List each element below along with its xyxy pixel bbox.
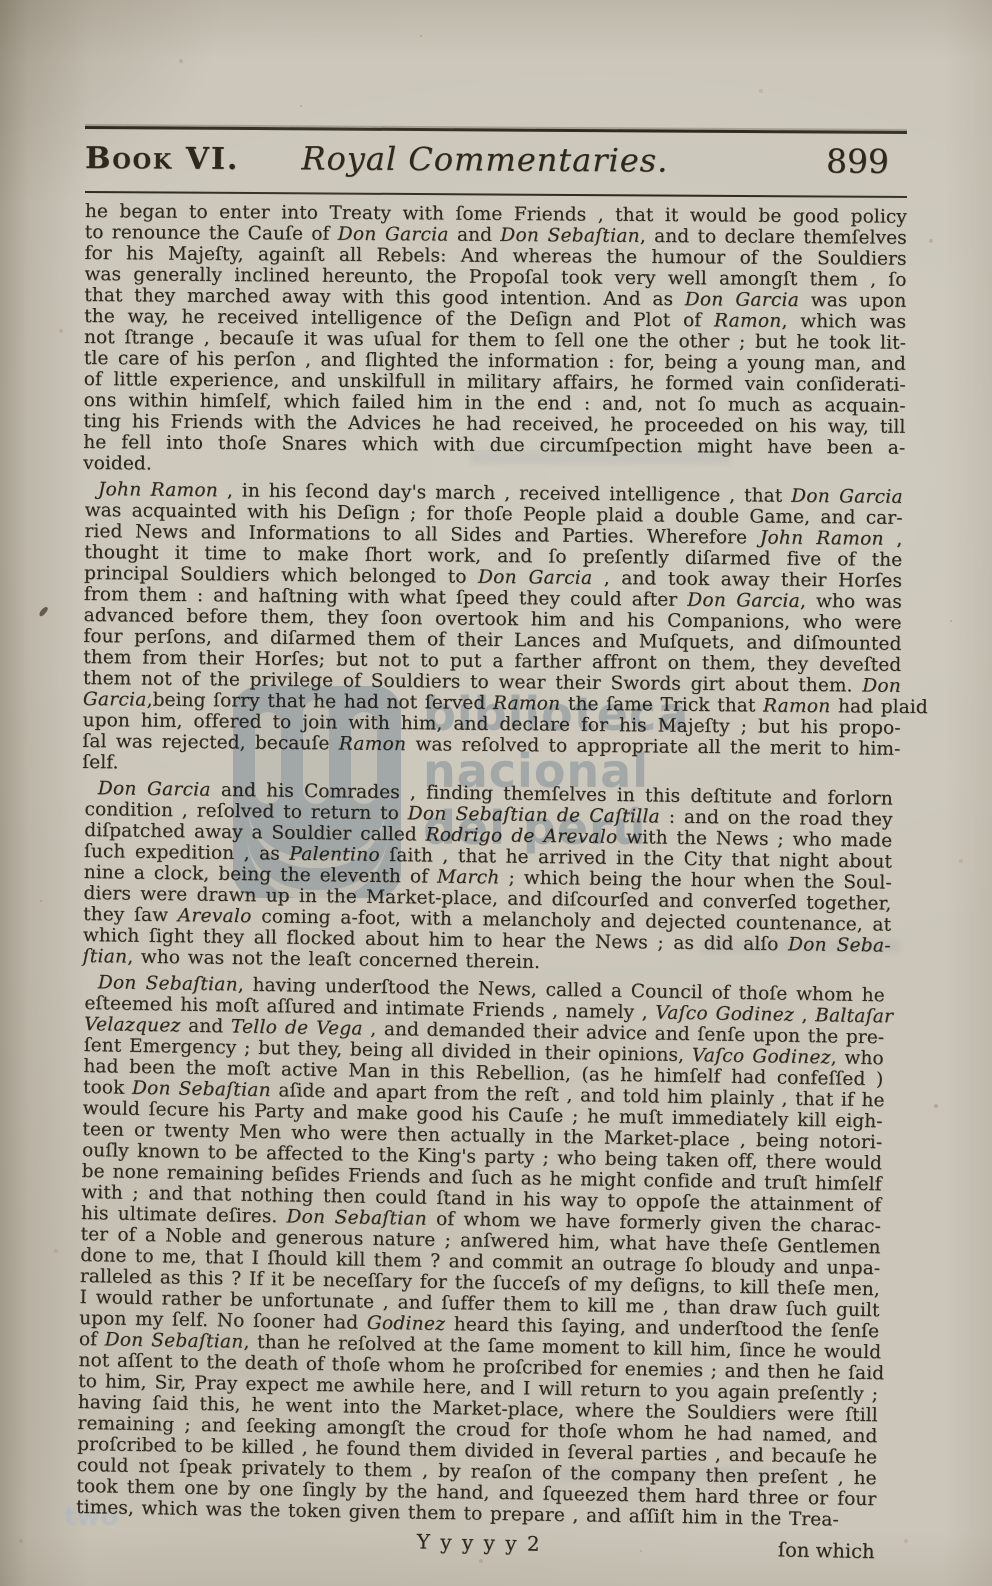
header-rule-top xyxy=(85,126,907,134)
paragraph: he began to enter into Treaty with ſome … xyxy=(83,201,907,480)
paragraph: Don Garcia and his Comrades , finding th… xyxy=(83,778,893,978)
page-content: Book VI. Royal Commentaries. 899 he bega… xyxy=(85,120,907,1549)
paragraph: Don Sebaſtian, having underſtood the New… xyxy=(76,972,885,1531)
scanned-book-page: Book VI. Royal Commentaries. 899 he bega… xyxy=(0,0,992,1586)
paper-specks xyxy=(0,0,2,2)
page-header: Book VI. Royal Commentaries. 899 xyxy=(85,137,907,190)
margin-ink-mark xyxy=(38,606,49,618)
page-number: 899 xyxy=(826,142,889,181)
header-rule-bottom xyxy=(85,191,907,198)
paragraph: John Ramon , in his ſecond day's march ,… xyxy=(82,479,903,781)
body-text: he began to enter into Treaty with ſome … xyxy=(85,201,907,1518)
catchword: ſon which xyxy=(778,1538,875,1563)
signature-mark: Y y y y y 2 xyxy=(416,1529,541,1555)
book-label: Book VI. xyxy=(85,141,240,177)
running-title: Royal Commentaries. xyxy=(301,139,668,179)
